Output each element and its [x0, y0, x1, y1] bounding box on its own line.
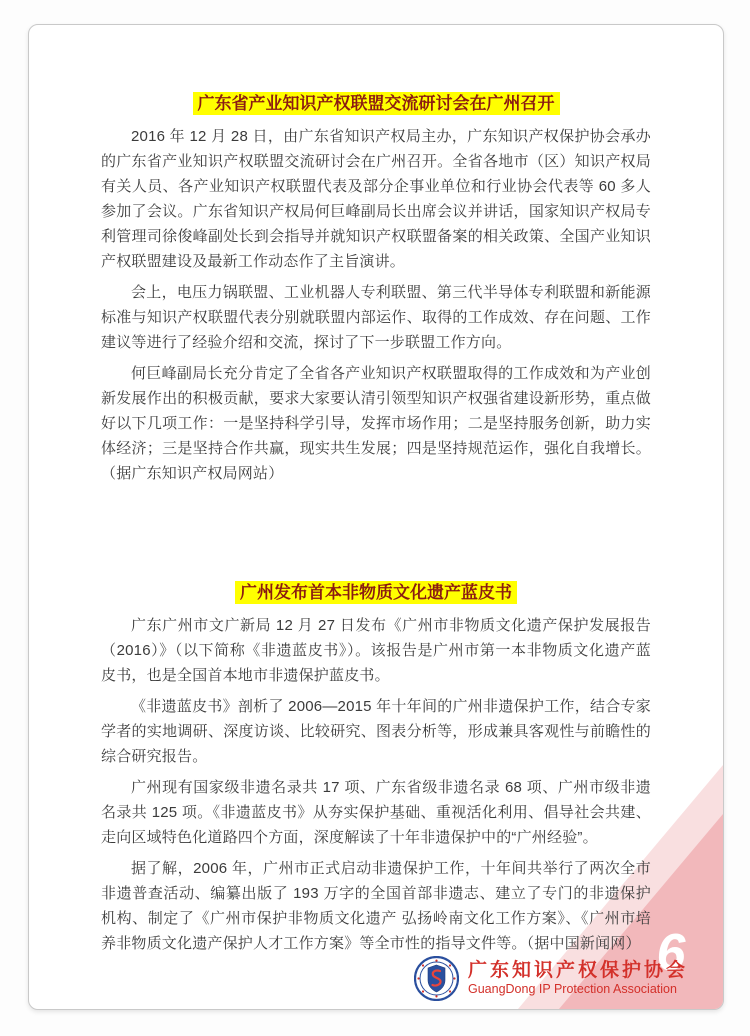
association-name-block: 广东知识产权保护协会 GuangDong IP Protection Assoc… [468, 960, 688, 997]
article-1-title: 广东省产业知识产权联盟交流研讨会在广州召开 [101, 93, 651, 114]
association-emblem-icon [414, 956, 459, 1001]
article-2-paragraph: 广州现有国家级非遗名录共 17 项、广东省级非遗名录 68 项、广州市级非遗名录… [101, 775, 651, 850]
article-2: 广州发布首本非物质文化遗产蓝皮书 广东广州市文广新局 12 月 27 日发布《广… [101, 582, 651, 956]
article-2-paragraph: 广东广州市文广新局 12 月 27 日发布《广州市非物质文化遗产保护发展报告（2… [101, 613, 651, 688]
article-2-paragraph: 据了解，2006 年，广州市正式启动非遗保护工作，十年间共举行了两次全市非遗普查… [101, 856, 651, 956]
article-1-paragraph: 2016 年 12 月 28 日，由广东省知识产权局主办，广东知识产权保护协会承… [101, 124, 651, 274]
association-name-zh: 广东知识产权保护协会 [468, 960, 688, 982]
newsletter-page: 广东省产业知识产权联盟交流研讨会在广州召开 2016 年 12 月 28 日，由… [28, 24, 724, 1010]
article-2-title-highlight: 广州发布首本非物质文化遗产蓝皮书 [235, 581, 517, 604]
association-name-en: GuangDong IP Protection Association [468, 982, 688, 997]
article-1-paragraph: 会上，电压力锅联盟、工业机器人专利联盟、第三代半导体专利联盟和新能源标准与知识产… [101, 280, 651, 355]
article-1-paragraph: 何巨峰副局长充分肯定了全省各产业知识产权联盟取得的工作成效和为产业创新发展作出的… [101, 361, 651, 486]
article-1-title-highlight: 广东省产业知识产权联盟交流研讨会在广州召开 [193, 92, 560, 115]
footer: 广东知识产权保护协会 GuangDong IP Protection Assoc… [414, 953, 688, 1003]
page-content: 广东省产业知识产权联盟交流研讨会在广州召开 2016 年 12 月 28 日，由… [29, 25, 723, 956]
article-2-paragraph: 《非遗蓝皮书》剖析了 2006—2015 年十年间的广州非遗保护工作，结合专家学… [101, 694, 651, 769]
article-1: 广东省产业知识产权联盟交流研讨会在广州召开 2016 年 12 月 28 日，由… [101, 93, 651, 486]
article-2-title: 广州发布首本非物质文化遗产蓝皮书 [101, 582, 651, 603]
